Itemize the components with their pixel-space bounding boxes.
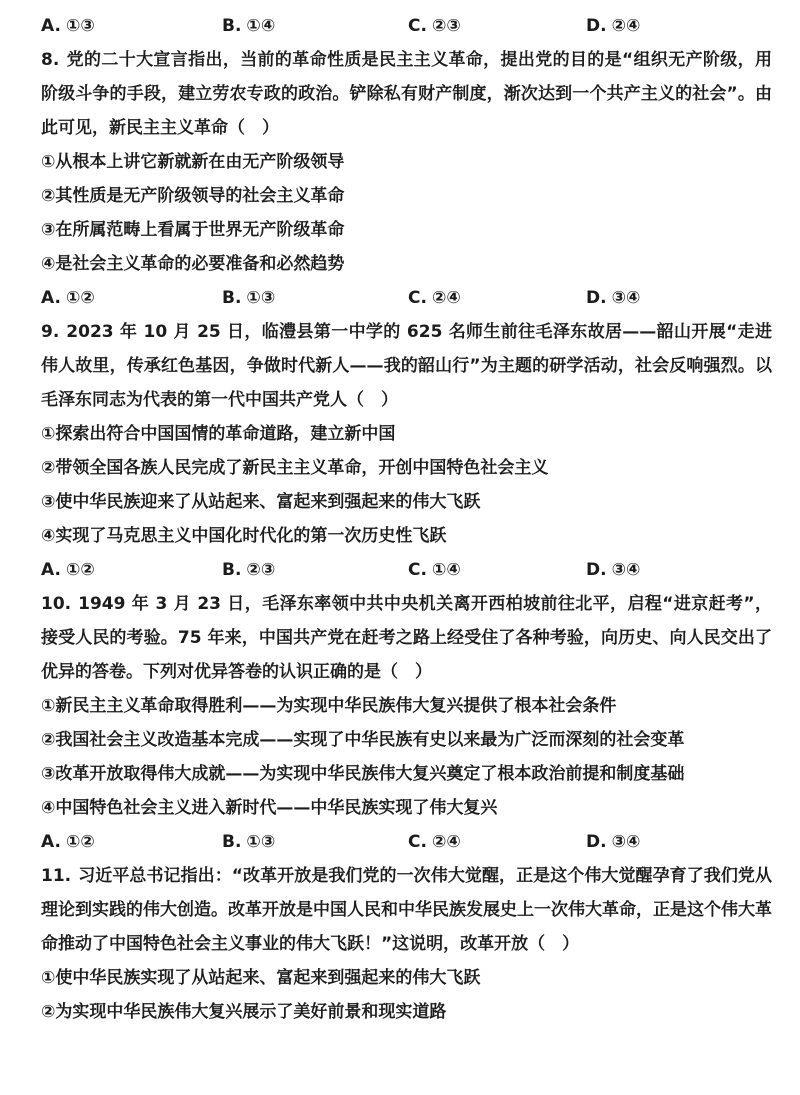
option-numbers: ①③ xyxy=(246,288,275,308)
option-numbers: ①② xyxy=(66,832,95,852)
option-c: C.②④ xyxy=(408,281,586,315)
option-letter: C. xyxy=(408,832,427,852)
option-numbers: ②④ xyxy=(612,16,641,36)
question-stem: 11.习近平总书记指出：“改革开放是我们党的一次伟大觉醒，正是这个伟大觉醒孕育了… xyxy=(41,859,772,961)
option-letter: A. xyxy=(41,560,61,580)
statement-item: ③在所属范畴上看属于世界无产阶级革命 xyxy=(41,213,772,247)
option-letter: C. xyxy=(408,16,427,36)
option-b: B.②③ xyxy=(222,553,408,587)
option-a: A.①② xyxy=(41,553,222,587)
option-letter: D. xyxy=(586,832,607,852)
question-10: 10.1949 年 3 月 23 日，毛泽东率领中共中央机关离开西柏坡前往北平，… xyxy=(41,587,772,859)
option-letter: B. xyxy=(222,288,241,308)
statement-item: ③改革开放取得伟大成就——为实现中华民族伟大复兴奠定了根本政治前提和制度基础 xyxy=(41,757,772,791)
option-d: D.②④ xyxy=(586,9,772,43)
option-letter: B. xyxy=(222,16,241,36)
option-c: C.①④ xyxy=(408,553,586,587)
option-letter: C. xyxy=(408,560,427,580)
option-c: C.②④ xyxy=(408,825,586,859)
question-stem-text: 1949 年 3 月 23 日，毛泽东率领中共中央机关离开西柏坡前往北平，启程“… xyxy=(41,594,772,682)
statement-item: ④中国特色社会主义进入新时代——中华民族实现了伟大复兴 xyxy=(41,791,772,825)
option-numbers: ①② xyxy=(66,288,95,308)
option-b: B.①③ xyxy=(222,281,408,315)
option-a: A.①③ xyxy=(41,9,222,43)
statement-item: ②我国社会主义改造基本完成——实现了中华民族有史以来最为广泛而深刻的社会变革 xyxy=(41,723,772,757)
option-numbers: ③④ xyxy=(612,832,641,852)
question9-options-row: A.①② B.②③ C.①④ D.③④ xyxy=(41,553,772,587)
option-numbers: ①③ xyxy=(66,16,95,36)
option-d: D.③④ xyxy=(586,281,772,315)
option-numbers: ①③ xyxy=(246,832,275,852)
question-stem-text: 习近平总书记指出：“改革开放是我们党的一次伟大觉醒，正是这个伟大觉醒孕育了我们党… xyxy=(41,866,772,954)
statement-item: ④是社会主义革命的必要准备和必然趋势 xyxy=(41,247,772,281)
option-a: A.①② xyxy=(41,825,222,859)
statement-item: ④实现了马克思主义中国化时代化的第一次历史性飞跃 xyxy=(41,519,772,553)
option-numbers: ①④ xyxy=(246,16,275,36)
option-numbers: ②④ xyxy=(432,288,461,308)
option-numbers: ①④ xyxy=(432,560,461,580)
question-stem-text: 2023 年 10 月 25 日，临澧县第一中学的 625 名师生前往毛泽东故居… xyxy=(41,322,772,410)
question-number: 8. xyxy=(41,50,59,70)
exam-paper-page: A.①③ B.①④ C.②③ D.②④ 8.党的二十大宣言指出，当前的革命性质是… xyxy=(0,0,800,1095)
question10-options-row: A.①② B.①③ C.②④ D.③④ xyxy=(41,825,772,859)
question8-options-row: A.①② B.①③ C.②④ D.③④ xyxy=(41,281,772,315)
option-c: C.②③ xyxy=(408,9,586,43)
statement-item: ②带领全国各族人民完成了新民主主义革命，开创中国特色社会主义 xyxy=(41,451,772,485)
option-letter: C. xyxy=(408,288,427,308)
question-9: 9.2023 年 10 月 25 日，临澧县第一中学的 625 名师生前往毛泽东… xyxy=(41,315,772,587)
option-letter: A. xyxy=(41,832,61,852)
question-number: 9. xyxy=(41,322,59,342)
option-numbers: ②④ xyxy=(432,832,461,852)
option-letter: D. xyxy=(586,288,607,308)
statement-item: ①从根本上讲它新就新在由无产阶级领导 xyxy=(41,145,772,179)
option-letter: A. xyxy=(41,16,61,36)
option-a: A.①② xyxy=(41,281,222,315)
option-numbers: ③④ xyxy=(612,288,641,308)
statement-item: ②为实现中华民族伟大复兴展示了美好前景和现实道路 xyxy=(41,995,772,1029)
statement-item: ①使中华民族实现了从站起来、富起来到强起来的伟大飞跃 xyxy=(41,961,772,995)
question-stem: 10.1949 年 3 月 23 日，毛泽东率领中共中央机关离开西柏坡前往北平，… xyxy=(41,587,772,689)
option-letter: B. xyxy=(222,560,241,580)
statement-item: ①新民主主义革命取得胜利——为实现中华民族伟大复兴提供了根本社会条件 xyxy=(41,689,772,723)
question-number: 11. xyxy=(41,866,71,886)
option-numbers: ②③ xyxy=(432,16,461,36)
option-b: B.①④ xyxy=(222,9,408,43)
question-stem-text: 党的二十大宣言指出，当前的革命性质是民主主义革命，提出党的目的是“组织无产阶级，… xyxy=(41,50,772,138)
statement-item: ②其性质是无产阶级领导的社会主义革命 xyxy=(41,179,772,213)
question-number: 10. xyxy=(41,594,71,614)
option-numbers: ②③ xyxy=(246,560,275,580)
option-d: D.③④ xyxy=(586,825,772,859)
option-numbers: ①② xyxy=(66,560,95,580)
question-stem: 9.2023 年 10 月 25 日，临澧县第一中学的 625 名师生前往毛泽东… xyxy=(41,315,772,417)
question-11: 11.习近平总书记指出：“改革开放是我们党的一次伟大觉醒，正是这个伟大觉醒孕育了… xyxy=(41,859,772,1029)
option-d: D.③④ xyxy=(586,553,772,587)
question-8: 8.党的二十大宣言指出，当前的革命性质是民主主义革命，提出党的目的是“组织无产阶… xyxy=(41,43,772,315)
option-letter: A. xyxy=(41,288,61,308)
statement-item: ①探索出符合中国国情的革命道路，建立新中国 xyxy=(41,417,772,451)
option-letter: D. xyxy=(586,560,607,580)
option-letter: D. xyxy=(586,16,607,36)
statement-item: ③使中华民族迎来了从站起来、富起来到强起来的伟大飞跃 xyxy=(41,485,772,519)
question7-options-row: A.①③ B.①④ C.②③ D.②④ xyxy=(41,9,772,43)
question-stem: 8.党的二十大宣言指出，当前的革命性质是民主主义革命，提出党的目的是“组织无产阶… xyxy=(41,43,772,145)
option-letter: B. xyxy=(222,832,241,852)
option-numbers: ③④ xyxy=(612,560,641,580)
option-b: B.①③ xyxy=(222,825,408,859)
